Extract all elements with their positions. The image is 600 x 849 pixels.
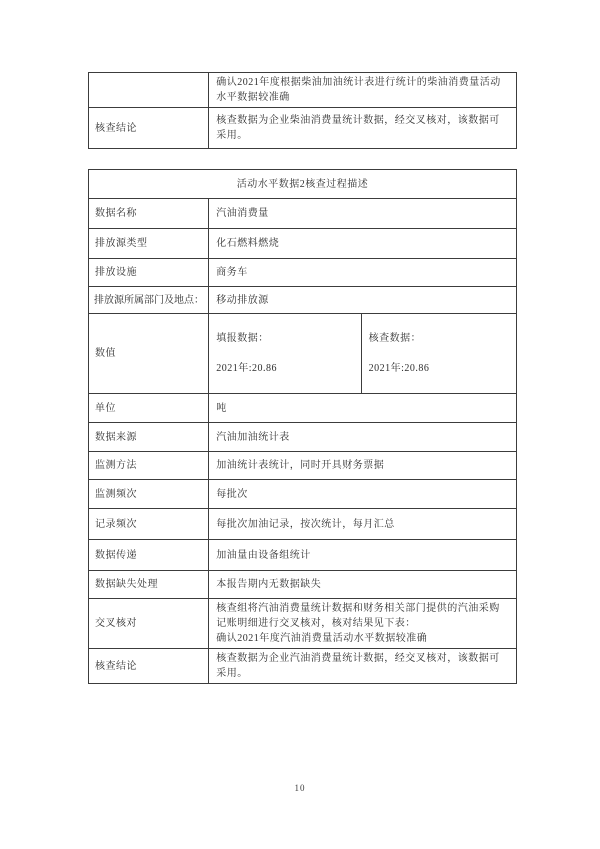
row-label-cell xyxy=(89,73,209,108)
reported-data-cell: 填报数据： 2021年:20.86 xyxy=(209,314,361,394)
row-label-cell: 核查结论 xyxy=(89,649,209,684)
row-value-cell: 每批次加油记录，按次统计，每月汇总 xyxy=(209,509,517,540)
row-label-cell: 单位 xyxy=(89,394,209,423)
row-value-cell: 商务车 xyxy=(209,259,517,287)
row-label-cell: 交叉核对 xyxy=(89,599,209,649)
diesel-verification-table-continued: 确认2021年度根据柴油加油统计表进行统计的柴油消费量活动水平数据较准确 核查结… xyxy=(88,72,517,149)
page-number: 10 xyxy=(0,783,600,793)
row-value-cell: 核查数据为企业柴油消费量统计数据，经交叉核对，该数据可采用。 xyxy=(209,108,517,149)
row-label-cell: 数据名称 xyxy=(89,199,209,229)
reported-data-value: 2021年:20.86 xyxy=(216,361,353,376)
table-row: 排放设施 商务车 xyxy=(89,259,517,287)
table-row: 确认2021年度根据柴油加油统计表进行统计的柴油消费量活动水平数据较准确 xyxy=(89,73,517,108)
table-row: 核查结论 核查数据为企业柴油消费量统计数据，经交叉核对，该数据可采用。 xyxy=(89,108,517,149)
row-label-cell: 排放设施 xyxy=(89,259,209,287)
row-value-cell: 移动排放源 xyxy=(209,287,517,314)
table-row: 记录频次 每批次加油记录，按次统计，每月汇总 xyxy=(89,509,517,540)
table-row: 监测频次 每批次 xyxy=(89,480,517,509)
row-value-cell: 每批次 xyxy=(209,480,517,509)
table-row: 单位 吨 xyxy=(89,394,517,423)
table-title-row: 活动水平数据2核查过程描述 xyxy=(89,170,517,199)
row-value-cell: 化石燃料燃烧 xyxy=(209,229,517,259)
row-label-cell: 排放源类型 xyxy=(89,229,209,259)
gasoline-activity-data-table: 活动水平数据2核查过程描述 数据名称 汽油消费量 排放源类型 化石燃料燃烧 排放… xyxy=(88,169,517,684)
table-row: 排放源所属部门及地点： 移动排放源 xyxy=(89,287,517,314)
row-value-cell: 核查数据为企业汽油消费量统计数据，经交叉核对，该数据可采用。 xyxy=(209,649,517,684)
table-row: 监测方法 加油统计表统计，同时开具财务票据 xyxy=(89,452,517,480)
row-label-cell: 数据缺失处理 xyxy=(89,571,209,599)
row-value-cell: 汽油消费量 xyxy=(209,199,517,229)
row-value-cell: 加油统计表统计，同时开具财务票据 xyxy=(209,452,517,480)
row-label-cell: 核查结论 xyxy=(89,108,209,149)
row-value-cell: 汽油加油统计表 xyxy=(209,423,517,452)
row-label-cell: 数据来源 xyxy=(89,423,209,452)
table-row: 数据来源 汽油加油统计表 xyxy=(89,423,517,452)
row-label-cell: 记录频次 xyxy=(89,509,209,540)
document-page: 确认2021年度根据柴油加油统计表进行统计的柴油消费量活动水平数据较准确 核查结… xyxy=(0,0,600,849)
reported-data-label: 填报数据： xyxy=(216,331,353,346)
table-title: 活动水平数据2核查过程描述 xyxy=(89,170,517,199)
verified-data-cell: 核查数据： 2021年:20.86 xyxy=(361,314,516,394)
table-row: 数据传递 加油量由设备组统计 xyxy=(89,540,517,571)
verified-data-value: 2021年:20.86 xyxy=(369,361,509,376)
row-label-cell: 数值 xyxy=(89,314,209,394)
row-value-cell: 吨 xyxy=(209,394,517,423)
row-label-cell: 监测频次 xyxy=(89,480,209,509)
row-label-cell: 数据传递 xyxy=(89,540,209,571)
row-label-cell: 排放源所属部门及地点： xyxy=(89,287,209,314)
numeric-value-row: 数值 填报数据： 2021年:20.86 核查数据： 2021年:20.86 xyxy=(89,314,517,394)
row-value-cell: 核查组将汽油消费量统计数据和财务相关部门提供的汽油采购记账明细进行交叉核对，核对… xyxy=(209,599,517,649)
row-value-cell: 本报告期内无数据缺失 xyxy=(209,571,517,599)
table-row: 交叉核对 核查组将汽油消费量统计数据和财务相关部门提供的汽油采购记账明细进行交叉… xyxy=(89,599,517,649)
table-row: 核查结论 核查数据为企业汽油消费量统计数据，经交叉核对，该数据可采用。 xyxy=(89,649,517,684)
table-row: 排放源类型 化石燃料燃烧 xyxy=(89,229,517,259)
verified-data-label: 核查数据： xyxy=(369,331,509,346)
row-label-cell: 监测方法 xyxy=(89,452,209,480)
table-row: 数据缺失处理 本报告期内无数据缺失 xyxy=(89,571,517,599)
table-row: 数据名称 汽油消费量 xyxy=(89,199,517,229)
row-value-cell: 加油量由设备组统计 xyxy=(209,540,517,571)
row-value-cell: 确认2021年度根据柴油加油统计表进行统计的柴油消费量活动水平数据较准确 xyxy=(209,73,517,108)
